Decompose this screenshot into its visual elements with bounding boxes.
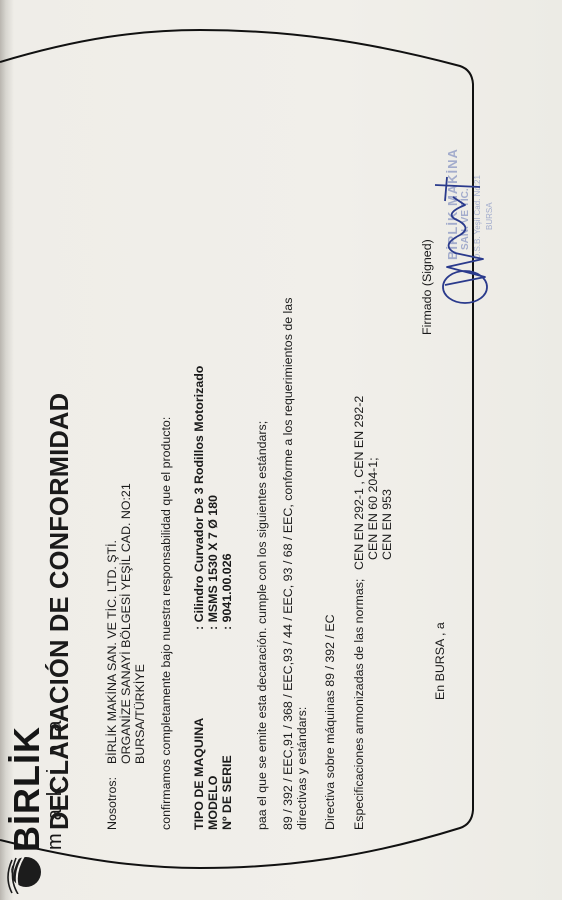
machine-directive: Directiva sobre máquinas 89 / 392 / EC <box>323 614 337 830</box>
harmonized-standard: CEN EN 292-1 , CEN EN 292-2 <box>352 396 366 570</box>
sender-line: ORGANİZE SANAYİ BÖLGESİ YEŞİL CAD. NO:21 <box>119 483 133 764</box>
field-label-modelo: MODELO <box>206 776 220 830</box>
directives-line: directivas y estándars: <box>295 707 309 830</box>
globe-swoosh-icon <box>4 854 44 894</box>
harmonized-standard: CEN EN 953 <box>380 489 394 560</box>
harmonized-label: Especificaciones armonizadas de las norm… <box>352 579 366 830</box>
statement-text: paa el que se emite esta decaración. cum… <box>255 421 269 830</box>
field-value-modelo: : MSMS 1530 X 7 Ø 180 <box>206 495 220 630</box>
field-label-serie: Nº DE SERIE <box>220 755 234 830</box>
sender-line: BİRLİK MAKİNA SAN. VE TİC. LTD. ŞTİ. <box>105 540 119 764</box>
directives-line: 89 / 392 / EEC,91 / 368 / EEC,93 / 44 / … <box>281 298 295 830</box>
sender-label: Nosotros: <box>105 777 119 830</box>
place-date: En BURSA , a <box>433 622 447 700</box>
sender-line: BURSA/TÜRKİYE <box>133 664 147 764</box>
intro-text: confirmamos completamente bajo nuestra r… <box>159 417 173 830</box>
brand-logo-text: BİRLİK <box>6 726 48 852</box>
field-value-serie: : 9041.00.026 <box>220 554 234 630</box>
field-label-tipo: TIPO DE MAQUINA <box>192 718 206 830</box>
declaration-document: BİRLİK makina DECLARACIÓN DE CONFORMIDAD… <box>0 0 562 900</box>
harmonized-standard: CEN EN 60 204-1; <box>366 457 380 560</box>
document-title: DECLARACIÓN DE CONFORMIDAD <box>46 393 75 830</box>
signature-scribble <box>425 155 495 305</box>
field-value-tipo: : Cilindro Curvador De 3 Rodillos Motori… <box>192 366 206 630</box>
